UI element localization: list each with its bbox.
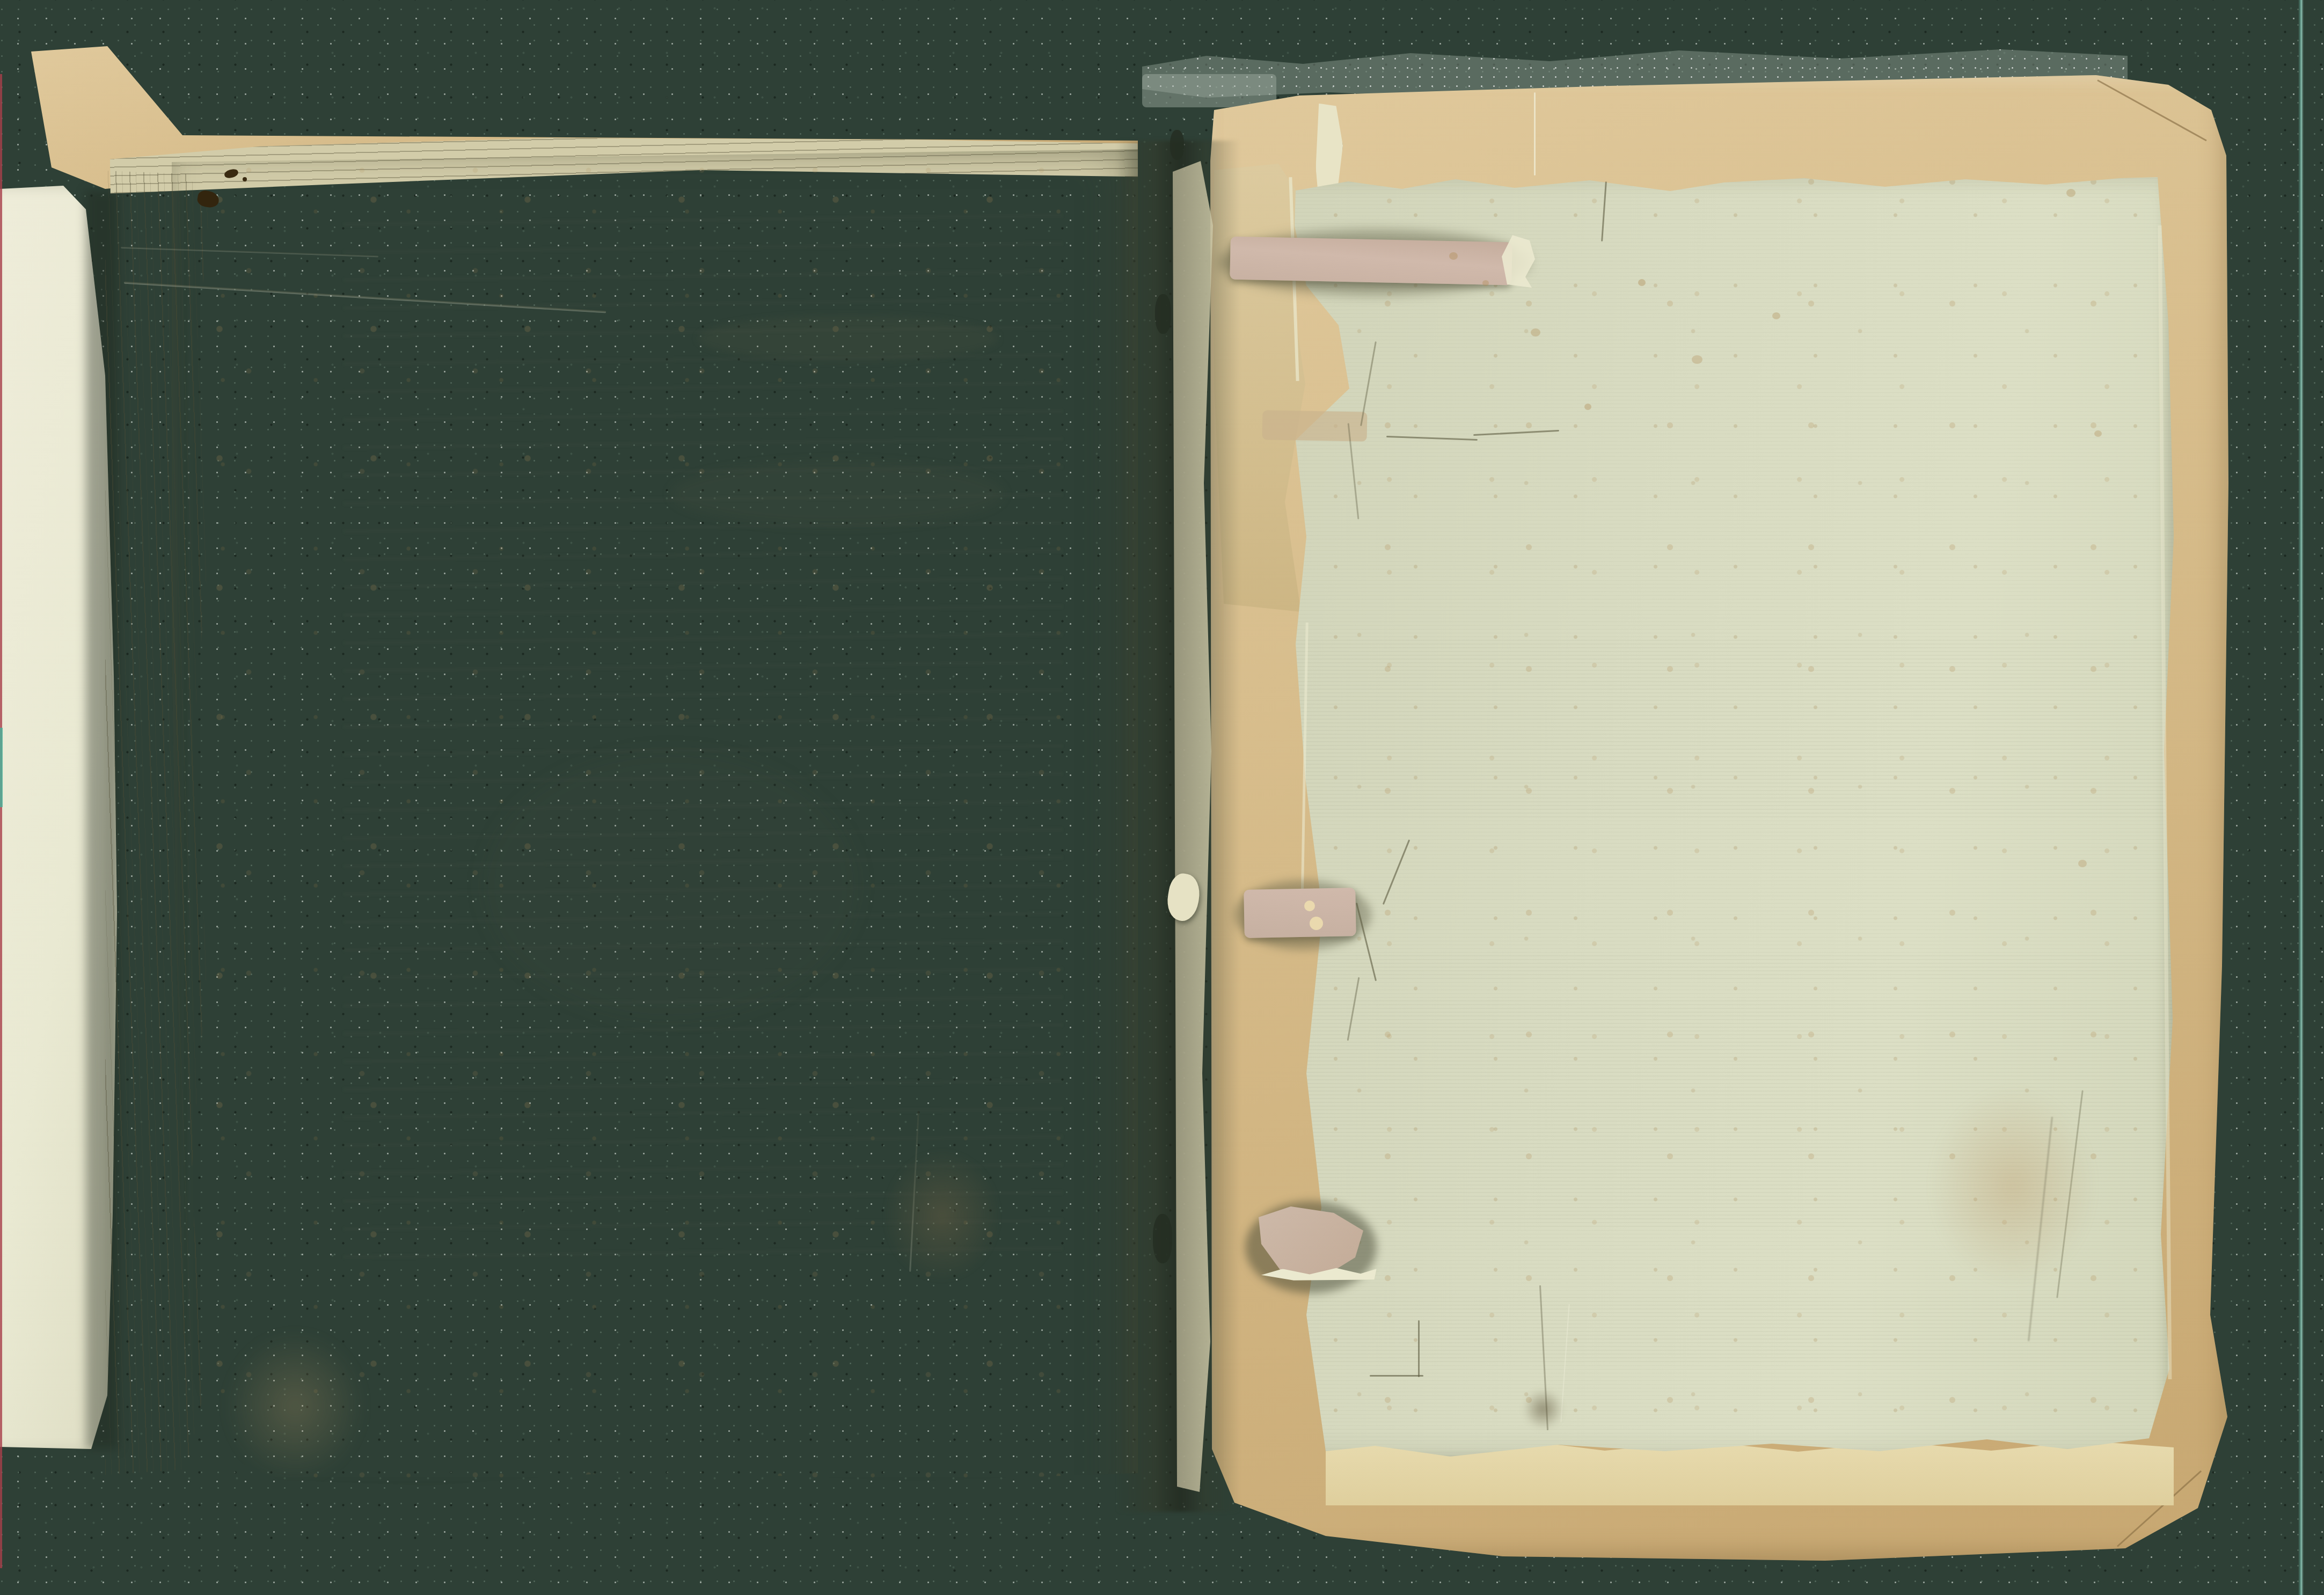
corner-wash-stain (225, 1331, 365, 1481)
wrinkle-smudge (1523, 1389, 1563, 1429)
foxing-dot (2066, 189, 2075, 197)
foxing-dot (1482, 280, 1489, 286)
scanner-edge-teal-streak (0, 728, 3, 807)
foxing-dot (1692, 355, 1702, 364)
crack-line (1418, 1320, 1420, 1377)
ghost-text-blob (698, 316, 998, 361)
ghost-text-bleedthrough (344, 199, 1063, 1261)
gutter-hole (1170, 130, 1184, 160)
repair-tab-lower (1244, 888, 1356, 938)
paste-dot (1310, 917, 1323, 930)
foxing-dot (1531, 328, 1540, 336)
gutter-leaf-edge (1173, 161, 1213, 1492)
cover-crack-line (1534, 92, 1536, 175)
ink-spot (196, 189, 221, 209)
repair-tab-top (1230, 237, 1512, 286)
foxing-dot (1584, 404, 1591, 410)
gutter-hole (1155, 294, 1171, 334)
gutter-hole (1153, 1214, 1172, 1263)
foxing-dot (2094, 430, 2102, 437)
ink-speck (243, 177, 247, 181)
crack-line (1370, 1375, 1423, 1377)
foxing-dot (1449, 252, 1458, 260)
paste-dot (1304, 901, 1315, 911)
ghost-text-blob (483, 751, 859, 1020)
glass-edge-line (2298, 0, 2304, 1595)
scan-bed-background (0, 0, 2324, 1595)
repair-tab-middle (1262, 410, 1368, 441)
scanner-edge-red-line (0, 74, 2, 1568)
foxing-dot (1772, 312, 1780, 319)
film-strip-fragment (1142, 74, 1276, 107)
ghost-text-blob (671, 462, 1004, 526)
smudge-stain (883, 1148, 1001, 1283)
left-page (172, 149, 1138, 1521)
foxing-dot (1638, 279, 1646, 286)
ink-spot (224, 168, 239, 179)
foxing-dot (2078, 860, 2087, 867)
damp-stain-bottom-right (1932, 1089, 2093, 1283)
